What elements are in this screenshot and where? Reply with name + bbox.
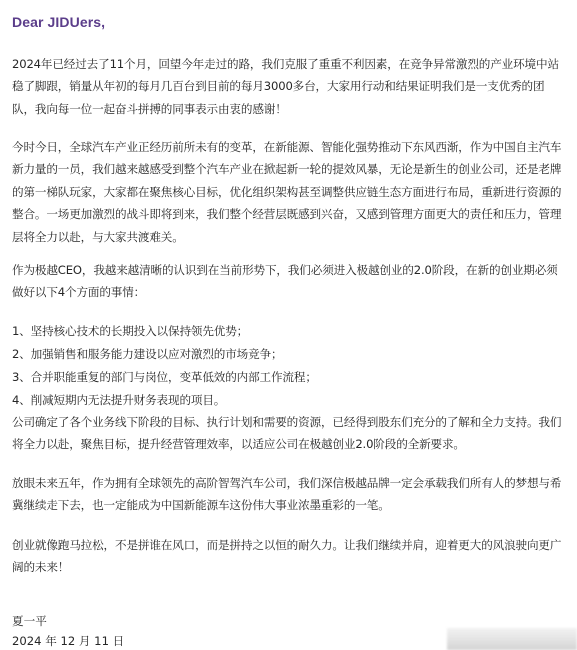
paragraph-industry: 今时今日，全球汽车产业正经历前所未有的变革，在新能源、智能化强势推动下东风西渐，…: [12, 136, 567, 248]
list-item: 1、坚持核心技术的长期投入以保持领先优势；: [12, 320, 567, 342]
paragraph-company-goals: 公司确定了各个业务线下阶段的目标、执行计划和需要的资源，已经得到股东们充分的了解…: [12, 411, 567, 456]
paragraph-intro: 2024年已经过去了11个月，回望今年走过的路，我们克服了重重不利因素，在竞争异…: [12, 53, 567, 120]
list-item: 2、加强销售和服务能力建设以应对激烈的市场竞争；: [12, 343, 567, 365]
blurred-watermark: [447, 628, 577, 650]
list-item: 3、合并职能重复的部门与岗位，变革低效的内部工作流程；: [12, 366, 567, 388]
paragraph-future: 放眼未来五年，作为拥有全球领先的高阶智驾汽车公司，我们深信极越品牌一定会承载我们…: [12, 472, 567, 517]
paragraph-ceo: 作为极越CEO，我越来越清晰的认识到在当前形势下，我们必须进入极越创业的2.0阶…: [12, 259, 567, 304]
list-item: 4、削减短期内无法提升财务表现的项目。: [12, 389, 567, 411]
paragraph-closing: 创业就像跑马拉松，不是拼谁在风口，而是拼持之以恒的耐久力。让我们继续并肩，迎着更…: [12, 534, 567, 579]
letter-greeting: Dear JIDUers,: [12, 14, 105, 30]
signature-name: 夏一平: [12, 610, 47, 632]
signature-date: 2024 年 12 月 11 日: [12, 630, 124, 650]
